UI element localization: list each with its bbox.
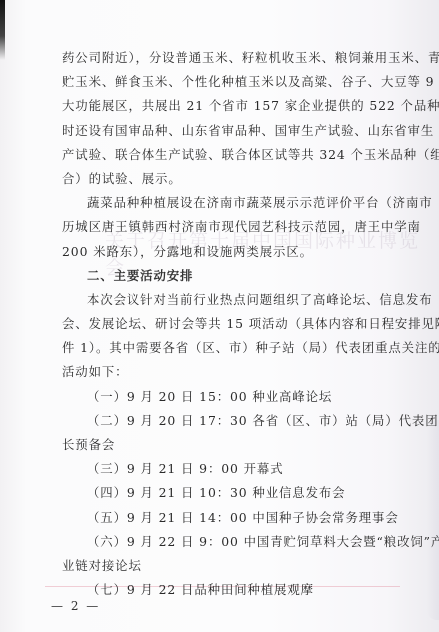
section-heading: 二、主要活动安排 [62,264,394,288]
text-line: 药公司附近），分设普通玉米、籽粒机收玉米、粮饲兼用玉米、青 [62,46,394,70]
activity-item-2-cont: 长预备会 [62,433,394,457]
page-number: — 2 — [51,599,100,613]
activity-item-7: （七）9 月 22 日品种田间种植展观摩 [62,578,394,602]
paragraph-activities-intro: 本次会议针对当前行业热点问题组织了高峰论坛、信息发布 会、发展论坛、研讨会等共 … [62,288,394,385]
text-line: 历城区唐王镇韩西村济南市现代园艺科技示范园，唐王中学南 [62,215,394,239]
activity-item-6-cont: 业链对接论坛 [62,554,394,578]
activity-item-2: （二）9 月 20 日 17：30 各省（区、市）站（局）代表团团 [62,409,394,433]
body-text: 药公司附近），分设普通玉米、籽粒机收玉米、粮饲兼用玉米、青 贮玉米、鲜食玉米、个… [62,46,394,602]
text-line: 蔬菜品种种植展设在济南市蔬菜展示示范评价平台（济南市 [62,191,394,215]
activity-item-6: （六）9 月 22 日 9：00 中国青贮饲草料大会暨“粮改饲”产 [62,530,394,554]
activity-item-5: （五）9 月 21 日 14：00 中国种子协会常务理事会 [62,506,394,530]
text-line: 产试验、联合体生产试验、联合体区试等共 324 个玉米品种（组 [62,143,394,167]
activity-item-3: （三）9 月 21 日 9：00 开幕式 [62,457,394,481]
text-line: 会、发展论坛、研讨会等共 15 项活动（具体内容和日程安排见附 [62,312,394,336]
text-line: 200 米路东），分露地和设施两类展示区。 [62,240,394,264]
page-curl-shadow [427,420,439,620]
activity-item-4: （四）9 月 21 日 10：30 种业信息发布会 [62,481,394,505]
activity-list: （一）9 月 20 日 15：00 种业高峰论坛 （二）9 月 20 日 17：… [62,385,394,603]
document-page: 关于召开第十届中国国际种业博览会 药公司附近），分设普通玉米、籽粒机收玉米、粮饲… [0,0,439,632]
scan-edge [0,0,5,60]
activity-item-1: （一）9 月 20 日 15：00 种业高峰论坛 [62,385,394,409]
text-line: 大功能展区，共展出 21 个省市 157 家企业提供的 522 个品种。同 [62,94,394,118]
paragraph-vegetable-exhibition: 蔬菜品种种植展设在济南市蔬菜展示示范评价平台（济南市 历城区唐王镇韩西村济南市现… [62,191,394,264]
text-line: 时还设有国审品种、山东省审品种、国审生产试验、山东省审生 [62,119,394,143]
text-line: 本次会议针对当前行业热点问题组织了高峰论坛、信息发布 [62,288,394,312]
text-line: 合）的试验、展示。 [62,167,394,191]
text-line: 活动如下： [62,360,394,384]
text-line: 件 1）。其中需要各省（区、市）种子站（局）代表团重点关注的 [62,336,394,360]
text-line: 贮玉米、鲜食玉米、个性化种植玉米以及高粱、谷子、大豆等 9 [62,70,394,94]
paragraph-corn-exhibition: 药公司附近），分设普通玉米、籽粒机收玉米、粮饲兼用玉米、青 贮玉米、鲜食玉米、个… [62,46,394,191]
